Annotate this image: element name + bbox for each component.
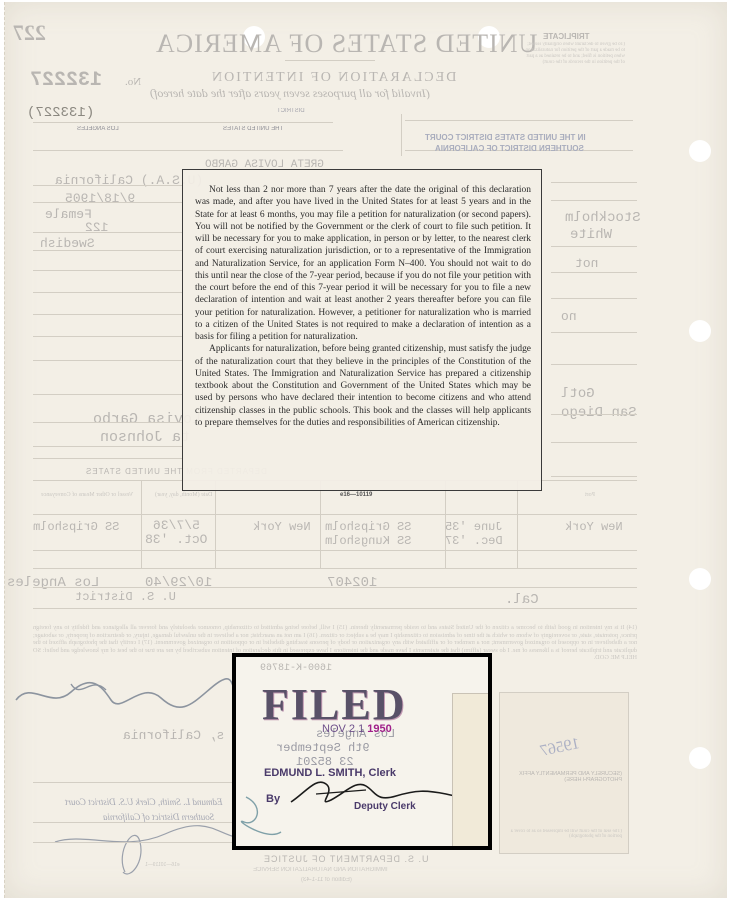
ghost-signature-loop [236,787,296,847]
travel-row-1-date-b: June '35 [445,520,503,534]
photo-note: (The seal of the court will be impressed… [504,829,622,839]
prev-decl-court: U. S. District [75,590,176,604]
photo-number: 19567 [539,735,582,761]
marital: not [575,256,598,271]
filed-stamp-inset: 1600-K-18769 Los Angeles 9th September 2… [232,653,492,850]
notice-form-code: e16—10119 [340,492,372,498]
subscribed-city: s, California [123,728,224,743]
table-header-vessel: Vessel or Other Means of Conveyance [41,492,133,498]
stamp-photo-edge [452,693,492,850]
filed-date-day: NOV 2 1 [322,723,364,735]
page-number: 227 [13,20,46,46]
footer-service: IMMIGRATION AND NATURALIZATION SERVICE [253,867,388,873]
stamp-ghost-number: 1600-K-18769 [260,663,332,674]
occupation: Stockholm [565,210,641,226]
notice-paragraph-1: Not less than 2 nor more than 7 years af… [195,184,531,343]
printer-code: e16—10119—1 [145,862,180,868]
prev-decl-city: Los Angeles [7,575,99,591]
stamp-ghost-month: 9th September [276,741,370,755]
nationality: Swedish [40,236,95,251]
copy-label: TRIPLICATE [543,32,590,41]
travel-row-1-date: 5/7/36 [153,518,200,533]
footer-edition: (Edition of 11-1-43) [301,877,352,883]
header-title: UNITED STATES OF AMERICA [155,29,537,59]
copy-note: (To be given to declarant when originall… [525,42,625,66]
travel-row-1-vessel-b: SS Gripsholm [325,520,411,534]
travel-row-1-vessel: SS Gripsholm [33,520,119,534]
deputy-signature [286,772,476,812]
declarant-signature [11,670,241,720]
prev-decl-no: 102407 [327,575,377,591]
notice-paragraph-2: Applicants for naturalization, before be… [195,343,531,429]
travel-row-2-vessel-b: SS Kungsholm [325,534,411,548]
punch-hole [689,320,711,342]
birth-date: 9/18/1905 [65,191,135,206]
travel-row-1-port: New York [253,520,311,534]
lawful-entry-city: San Diego [561,405,637,421]
form-title: DECLARATION OF INTENTION [210,70,456,86]
travel-row-2-date-b: Dec. '37 [445,534,503,548]
travel-row-2-date: Oct. '38 [145,532,207,547]
court-stamp: THE UNITED STATES [223,126,283,132]
table-header-port: Port [585,492,595,498]
number-handwritten: (133227) [27,105,94,121]
court-line-2: SOUTHERN DISTRICT OF CALIFORNIA [435,144,584,153]
punch-hole [689,568,711,590]
form-subtitle: (Invalid for all purposes seven years af… [150,86,430,101]
naturalization-notice: Not less than 2 nor more than 7 years af… [182,169,542,491]
court-city: LOS ANGELES [77,126,119,132]
alias: ta Johnson [100,429,190,446]
last-foreign-residence: Gotl [561,386,595,402]
children: no [561,309,577,324]
number-value: 132227 [30,69,102,92]
color: White [570,227,612,243]
punch-hole [689,747,711,769]
number-label: No. [125,76,141,88]
filed-date-year: 1950 [367,723,391,735]
prev-decl-date: 10/29/40 [145,575,212,591]
filed-date: NOV 2 1 1950 [322,723,392,735]
table-header-date: Date (Month, day, year) [155,492,212,498]
court-line-1: IN THE UNITED STATES DISTRICT COURT [425,133,586,142]
travel-row-1-port-b: New York [565,520,623,534]
footer-dept: U. S. DEPARTMENT OF JUSTICE [263,854,429,864]
photograph-area: 19567 (SECURELY AND PERMANENTLY AFFIX PH… [499,692,629,854]
district-label: DISTRICT [277,108,305,114]
prev-decl-state: Cal. [505,592,539,608]
punch-hole [689,140,711,162]
photo-caption: (SECURELY AND PERMANENTLY AFFIX PHOTOGRA… [506,771,622,783]
